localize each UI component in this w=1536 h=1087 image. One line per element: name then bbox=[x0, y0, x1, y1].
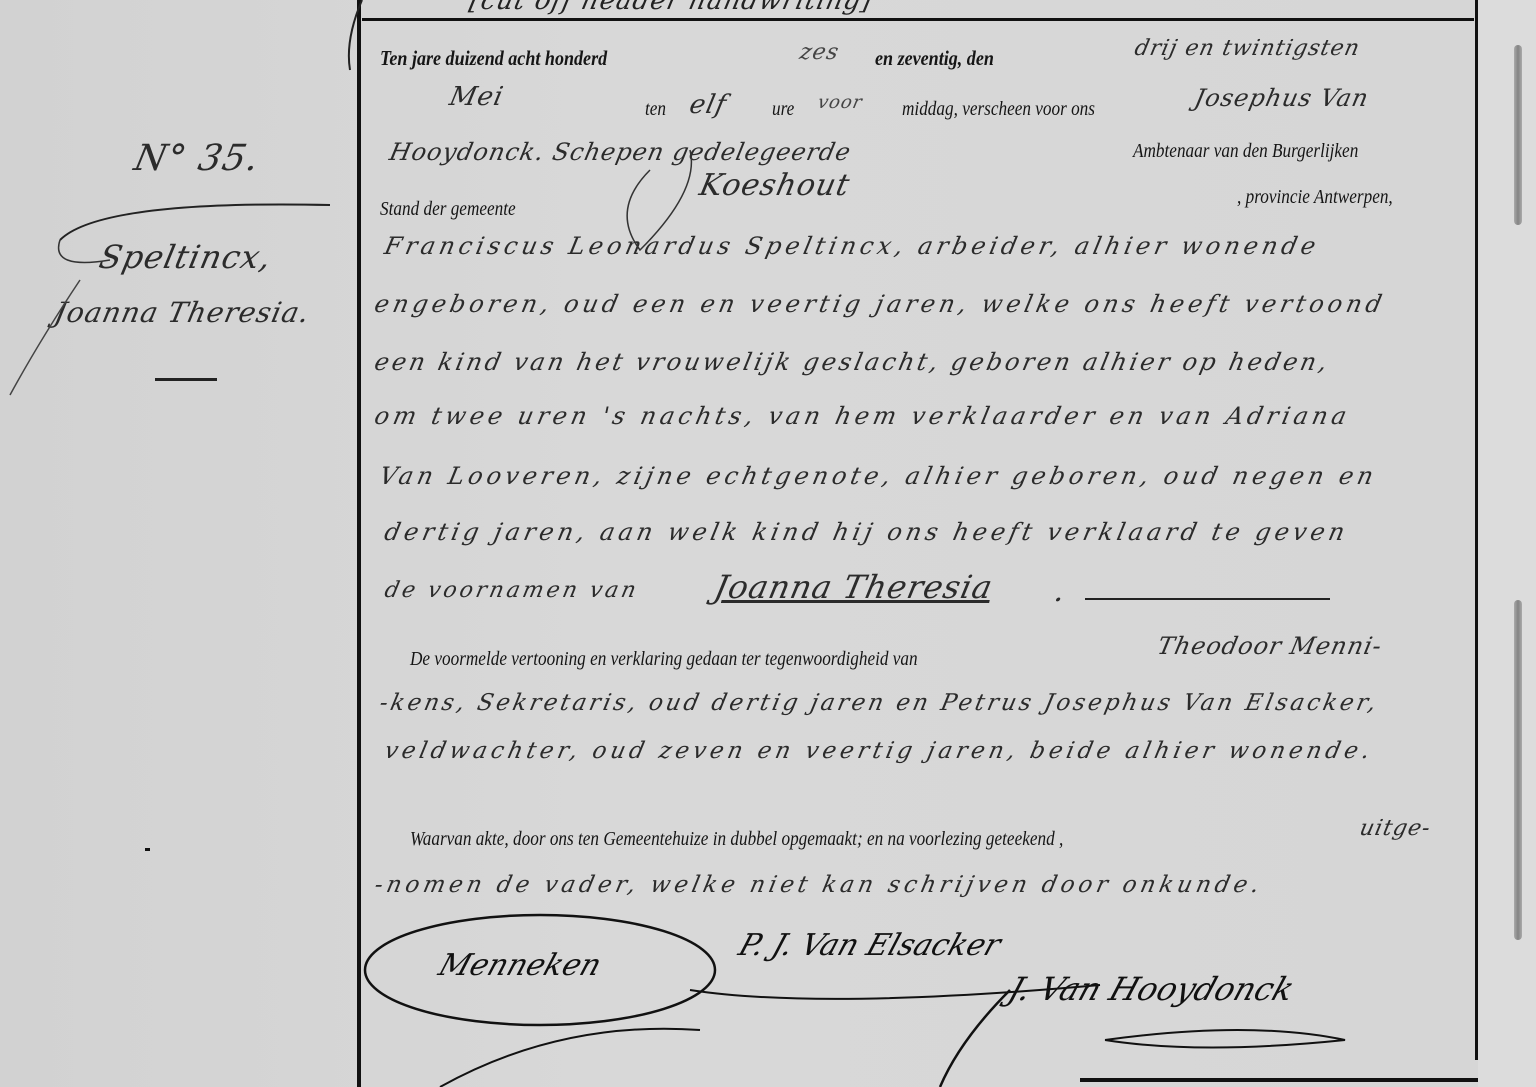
signature-official: J. Van Hooydonck bbox=[1004, 970, 1299, 1008]
printed-zeventig: en zeventig, den bbox=[875, 46, 994, 71]
margin-column: N° 35. Speltincx, Joanna Theresia. bbox=[0, 0, 360, 1087]
hand-day: drij en twintigsten bbox=[1132, 36, 1362, 61]
hand-line-4: om twee uren 's nachts, van hem verklaar… bbox=[372, 402, 1353, 430]
signature-witness-2: P. J. Van Elsacker bbox=[734, 928, 1005, 963]
hand-witness-line-1: -kens, Sekretaris, oud dertig jaren en P… bbox=[377, 690, 1381, 716]
printed-verscheen: middag, verscheen voor ons bbox=[902, 98, 1095, 121]
ink-speck bbox=[145, 848, 150, 851]
signature-witness-1: Menneken bbox=[434, 948, 605, 983]
printed-year-prefix: Ten jare duizend acht honderd bbox=[380, 46, 607, 71]
hand-month: Mei bbox=[447, 82, 507, 112]
binding-strip bbox=[1478, 0, 1536, 1087]
hand-voor: voor bbox=[816, 92, 865, 113]
hand-line-2: engeboren, oud een en veertig jaren, wel… bbox=[372, 290, 1388, 318]
margin-given-names: Joanna Theresia. bbox=[51, 296, 313, 329]
hand-witness-name: Theodoor Menni- bbox=[1155, 632, 1385, 660]
binding-mark bbox=[1514, 45, 1522, 225]
hand-official-name-cont: Hooydonck. Schepen gedelegeerde bbox=[387, 138, 854, 166]
hand-line-6: dertig jaren, aan welk kind hij ons heef… bbox=[382, 518, 1351, 546]
hand-line-1: Franciscus Leonardus Speltincx, arbeider… bbox=[382, 232, 1322, 260]
printed-stand-der-gemeente: Stand der gemeente bbox=[380, 198, 516, 221]
hand-uitge: uitge- bbox=[1357, 816, 1433, 841]
printed-closing-statement: Waarvan akte, door ons ten Gemeentehuize… bbox=[410, 828, 1063, 851]
hand-town: Koeshout bbox=[696, 168, 853, 203]
frame-left-border bbox=[357, 0, 361, 1087]
register-page: N° 35. Speltincx, Joanna Theresia. [cut … bbox=[0, 0, 1536, 1087]
hand-hour: elf bbox=[687, 90, 730, 120]
margin-surname: Speltincx, bbox=[96, 238, 275, 276]
margin-dash bbox=[155, 378, 217, 381]
frame-bottom-border bbox=[1080, 1078, 1536, 1082]
frame-top-border bbox=[362, 18, 1474, 21]
hand-witness-line-2: veldwachter, oud zeven en veertig jaren,… bbox=[382, 738, 1376, 764]
hand-child-names: Joanna Theresia bbox=[711, 568, 997, 606]
printed-ambtenaar: Ambtenaar van den Burgerlijken bbox=[1133, 140, 1358, 163]
fill-line bbox=[1085, 598, 1330, 600]
hand-line-3: een kind van het vrouwelijk geslacht, ge… bbox=[372, 348, 1333, 376]
printed-ten: ten bbox=[645, 98, 666, 121]
printed-witness-statement: De voormelde vertooning en verklaring ge… bbox=[410, 648, 918, 671]
hand-year: zes bbox=[797, 40, 841, 65]
printed-ure: ure bbox=[772, 98, 794, 121]
names-terminator: . bbox=[1051, 574, 1069, 609]
printed-provincie: , provincie Antwerpen, bbox=[1237, 186, 1393, 209]
hand-voornamen: de voornamen van bbox=[382, 578, 641, 603]
entry-number: N° 35. bbox=[131, 138, 264, 179]
header-fragment: [cut off header handwriting] bbox=[467, 0, 876, 16]
binding-mark bbox=[1514, 600, 1522, 940]
hand-official-name: Josephus Van bbox=[1192, 84, 1372, 112]
hand-line-5: Van Looveren, zijne echtgenote, alhier g… bbox=[377, 462, 1380, 490]
hand-closing-line: -nomen de vader, welke niet kan schrijve… bbox=[372, 872, 1265, 898]
